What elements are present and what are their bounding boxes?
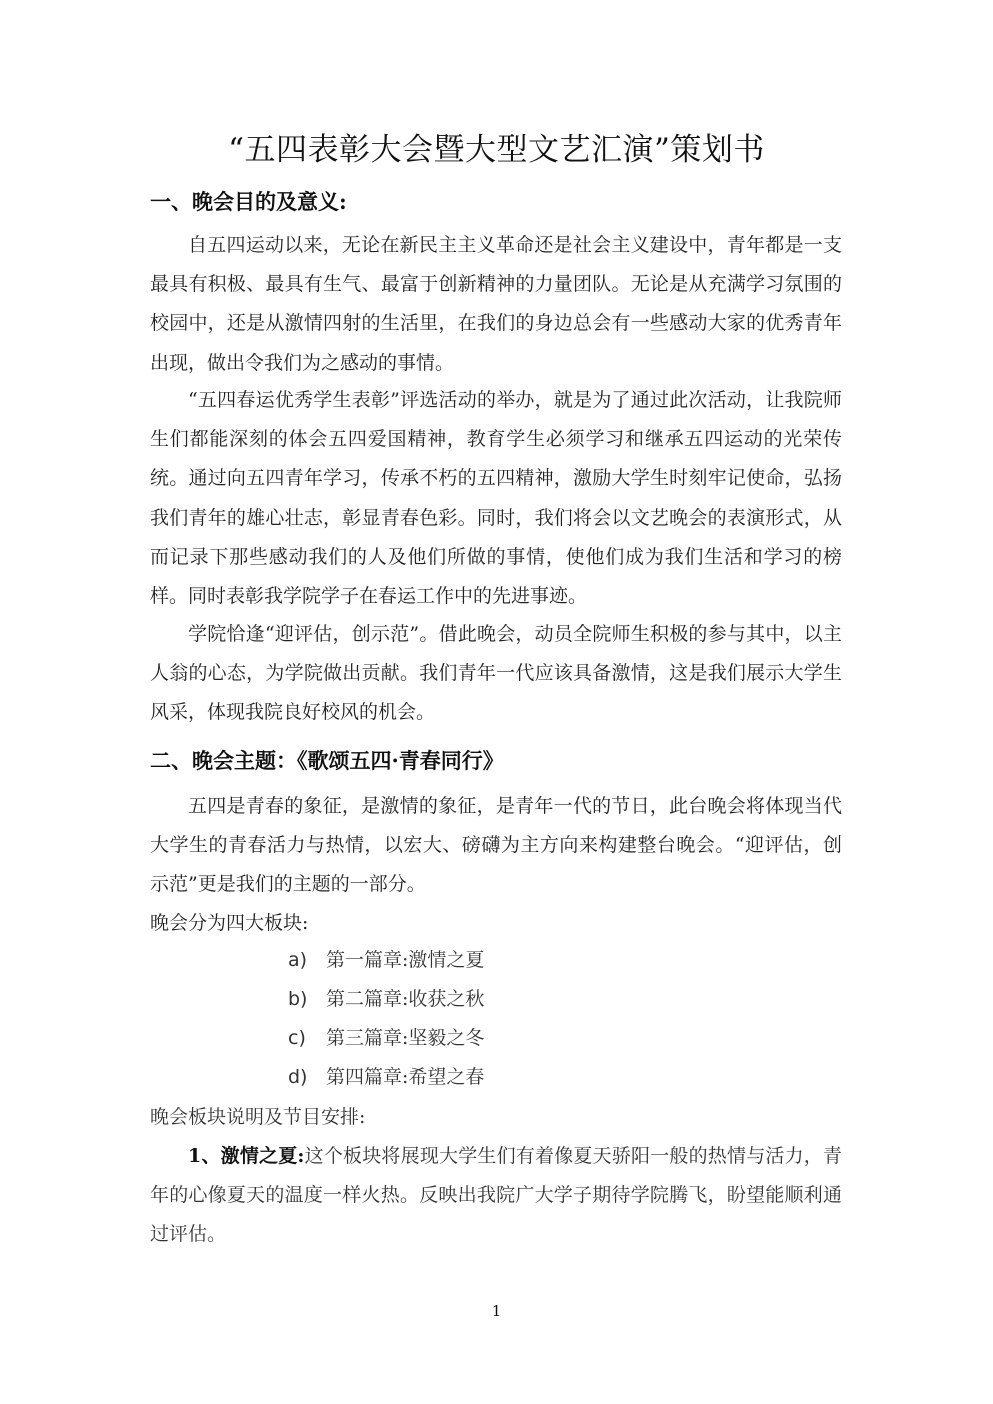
paragraph-purpose-1: 自五四运动以来，无论在新民主主义革命还是社会主义建设中，青年都是一支最具有积极、…: [150, 226, 842, 383]
section-heading-purpose: 一、晚会目的及意义:: [150, 186, 347, 216]
program-item-1: 1、激情之夏:这个板块将展现大学生们有着像夏天骄阳一般的热情与活力，青年的心像夏…: [150, 1137, 842, 1255]
blocks-intro: 晚会分为四大板块:: [150, 904, 842, 943]
list-item: a)第一篇章:激情之夏: [288, 941, 484, 980]
document-title: “五四表彰大会暨大型文艺汇演”策划书: [0, 124, 993, 169]
list-marker: c): [288, 1019, 326, 1058]
list-item-label: 第二篇章:收获之秋: [326, 988, 484, 1010]
list-item-label: 第四篇章:希望之春: [326, 1066, 484, 1088]
paragraph-purpose-3: 学院恰逢“迎评估，创示范”。借此晚会，动员全院师生积极的参与其中，以主人翁的心态…: [150, 615, 842, 733]
program-item-lead: 1、激情之夏:: [188, 1145, 304, 1167]
section-heading-theme: 二、晚会主题：《歌颂五四·青春同行》: [150, 745, 504, 775]
list-item-label: 第三篇章:坚毅之冬: [326, 1027, 484, 1049]
list-item: c)第三篇章:坚毅之冬: [288, 1019, 484, 1058]
list-marker: b): [288, 980, 326, 1019]
paragraph-theme: 五四是青春的象征，是激情的象征，是青年一代的节日，此台晚会将体现当代大学生的青春…: [150, 787, 842, 905]
blocks-list: a)第一篇章:激情之夏 b)第二篇章:收获之秋 c)第三篇章:坚毅之冬 d)第四…: [288, 941, 484, 1097]
list-item: d)第四篇章:希望之春: [288, 1058, 484, 1097]
list-marker: d): [288, 1058, 326, 1097]
program-intro: 晚会板块说明及节目安排:: [150, 1098, 842, 1137]
list-marker: a): [288, 941, 326, 980]
page-number: 1: [0, 1302, 993, 1320]
list-item-label: 第一篇章:激情之夏: [326, 949, 484, 971]
document-page: “五四表彰大会暨大型文艺汇演”策划书 一、晚会目的及意义: 自五四运动以来，无论…: [0, 0, 993, 1404]
paragraph-purpose-2: “五四春运优秀学生表彰”评选活动的举办，就是为了通过此次活动，让我院师生们都能深…: [150, 381, 842, 616]
list-item: b)第二篇章:收获之秋: [288, 980, 484, 1019]
